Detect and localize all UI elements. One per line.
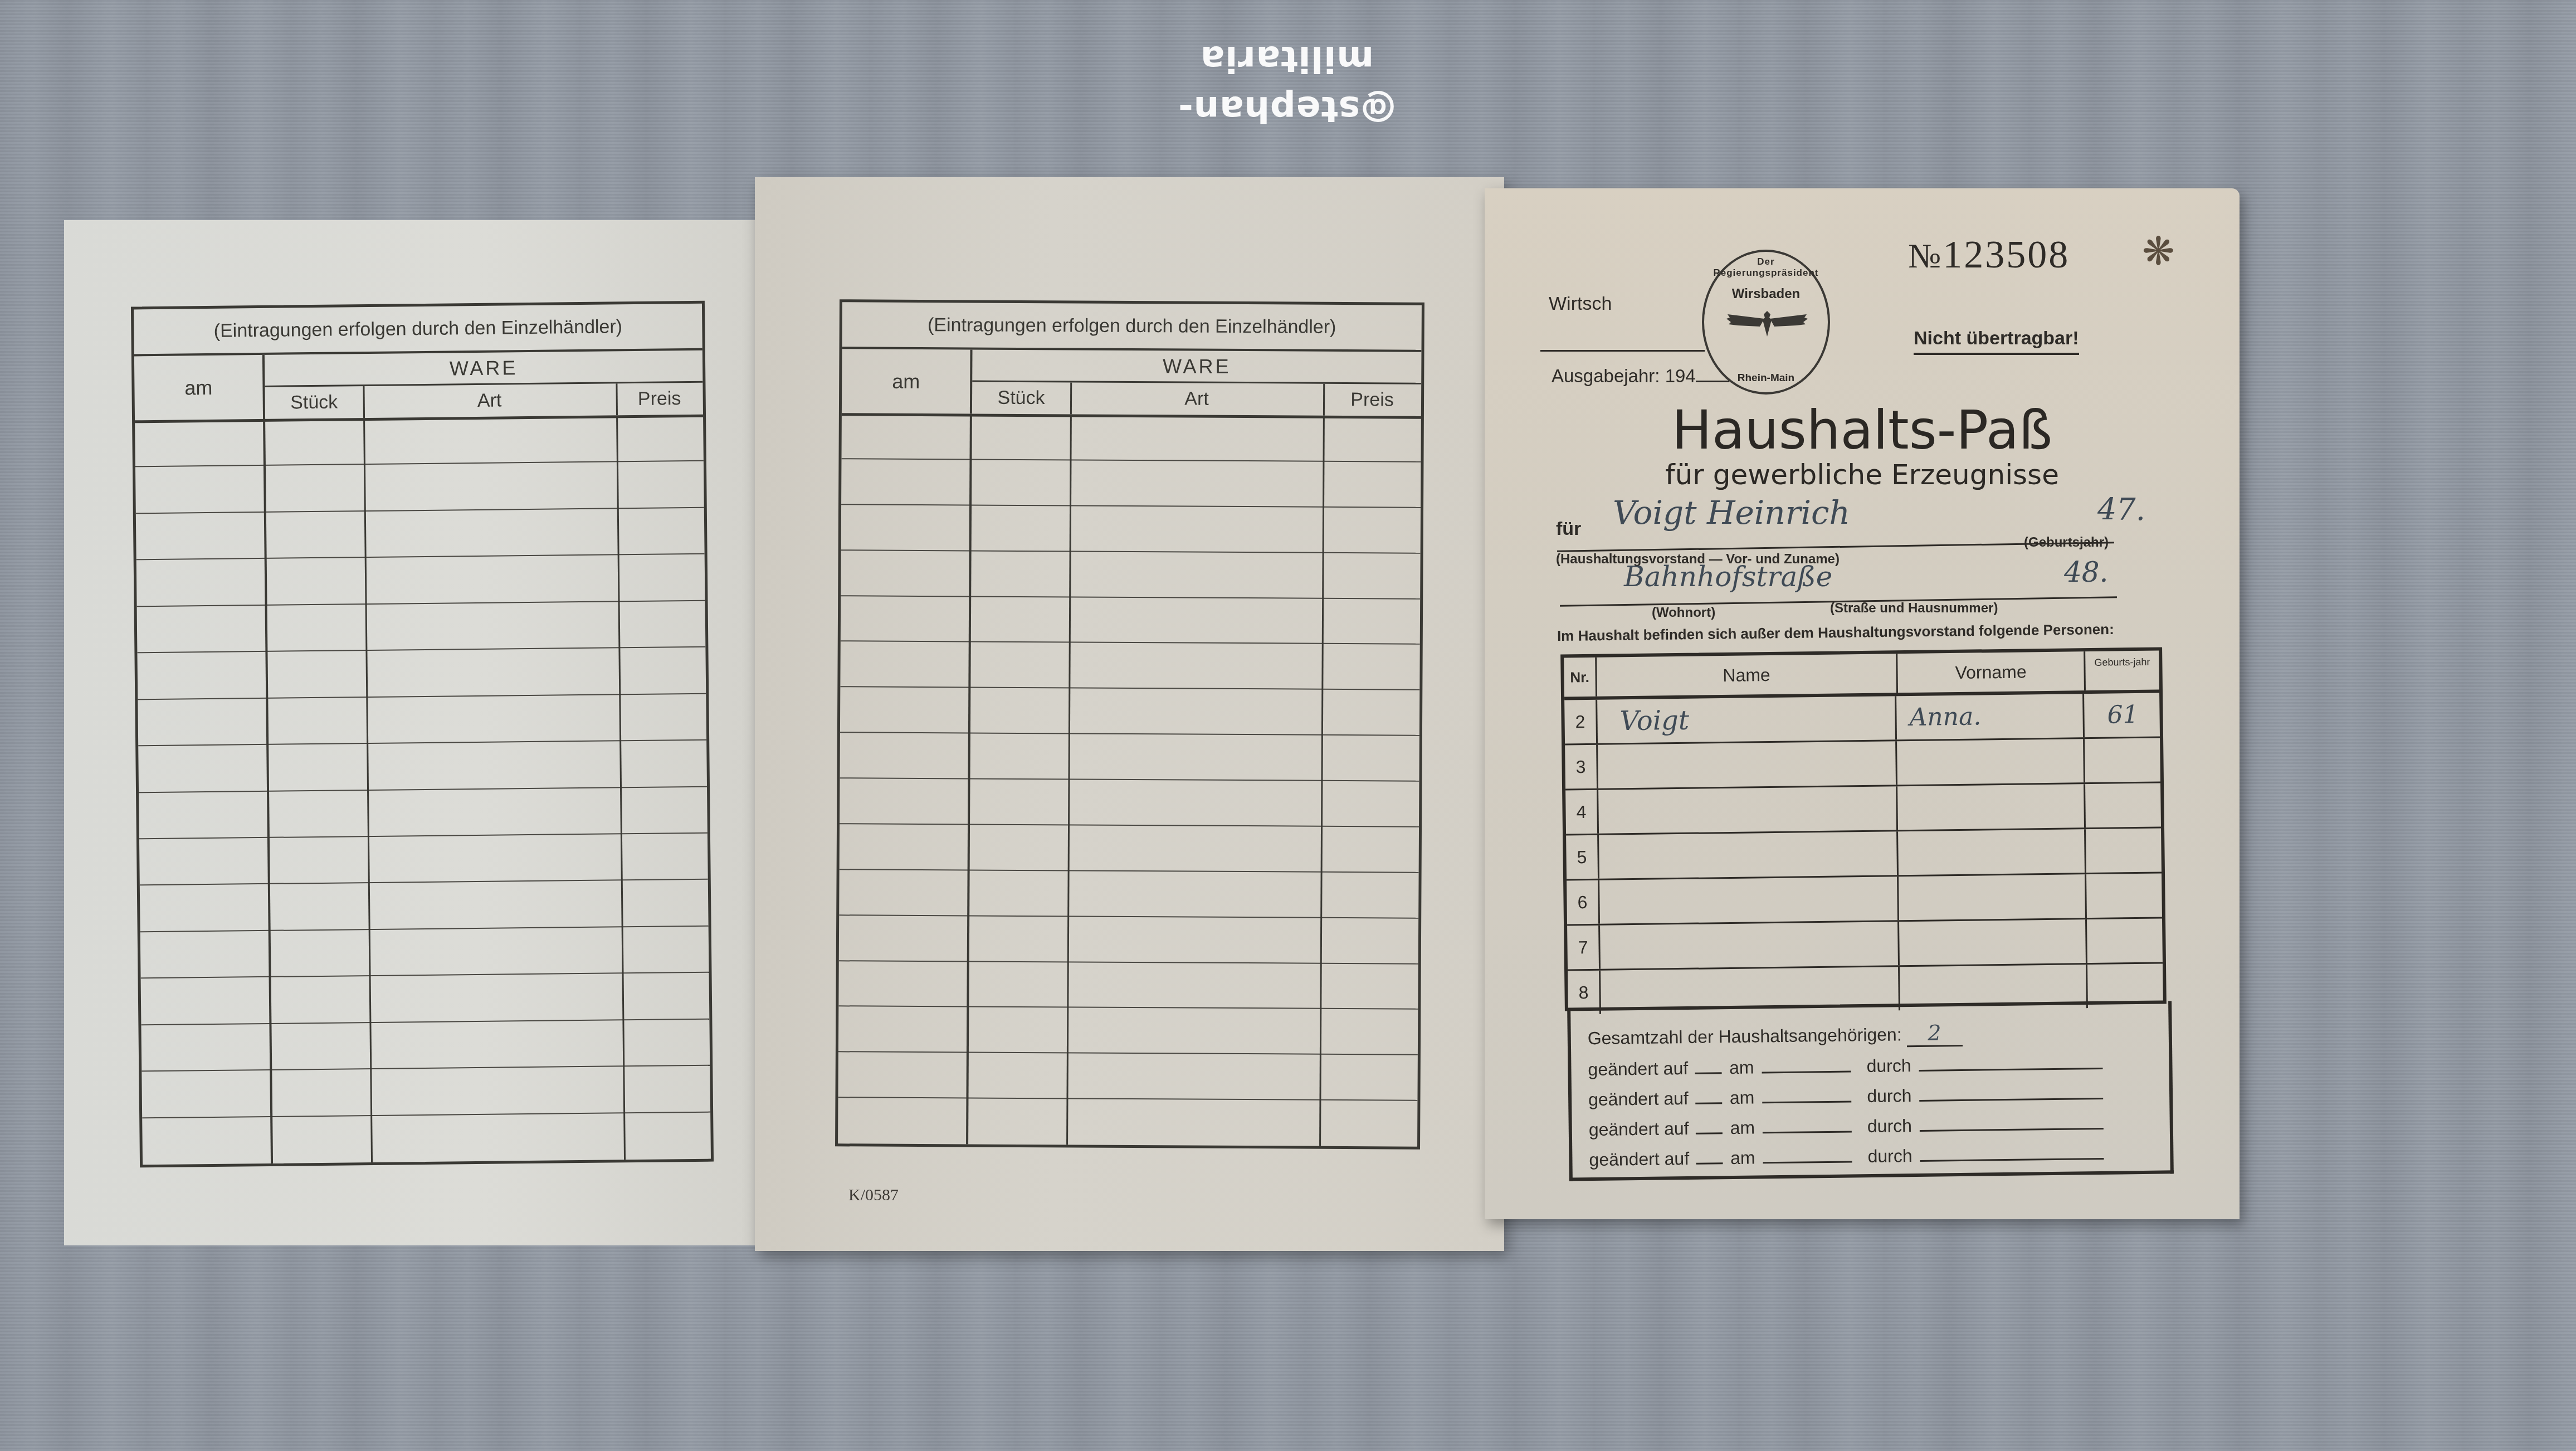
- ledger-caption: (Eintragungen erfolgen durch den Einzelh…: [134, 304, 702, 357]
- table-row: 2 Voigt Anna. 61: [1564, 693, 2160, 745]
- change-line: geändert aufamdurch: [1589, 1143, 2104, 1170]
- table-row: [140, 926, 709, 978]
- document-subtitle: für gewerbliche Erzeugnisse: [1485, 459, 2240, 491]
- member-name: [1599, 877, 1899, 924]
- changed-to-label: geändert auf: [1589, 1148, 1689, 1170]
- changed-to-label: geändert auf: [1589, 1118, 1689, 1140]
- table-row: [838, 961, 1418, 1010]
- member-first-name: Anna.: [1898, 694, 2085, 739]
- table-row: 4: [1565, 783, 2161, 835]
- table-row: [141, 973, 710, 1025]
- on-label: am: [1730, 1088, 1755, 1108]
- table-row: [142, 1112, 711, 1165]
- residence-caption: (Wohnort): [1652, 605, 1715, 621]
- table-row: [135, 461, 704, 514]
- row-number: 2: [1564, 700, 1598, 744]
- table-row: [139, 787, 708, 839]
- table-row: [841, 596, 1420, 645]
- table-row: [136, 554, 705, 607]
- table-row: [841, 551, 1420, 599]
- ledger-rows: [135, 415, 711, 1165]
- table-row: [136, 508, 705, 561]
- member-birth-year: [2086, 738, 2160, 782]
- by-label: durch: [1867, 1146, 1912, 1166]
- issue-year: Ausgabejahr: 194: [1552, 366, 1729, 387]
- stamp-city: Wirsbaden: [1704, 286, 1828, 302]
- table-row: [141, 1019, 710, 1072]
- table-row: [142, 1066, 710, 1118]
- ornament-icon: ❋: [2142, 228, 2175, 274]
- col-header-art: Art: [363, 383, 618, 418]
- booklet-cover: №123508 ❋ Wirtsch Ausgabejahr: 194 Der R…: [1485, 188, 2240, 1219]
- serial-number: №123508: [1908, 233, 2070, 277]
- household-members-table: Nr. Name Vorname Geburts-jahr 2 Voigt An…: [1560, 647, 2167, 1011]
- col-header-art: Art: [1070, 382, 1325, 415]
- stamp-ring-top: Der Regierungspräsident: [1704, 256, 1828, 279]
- col-header-preis: Preis: [1323, 384, 1421, 416]
- head-name-handwritten: Voigt Heinrich: [1613, 494, 1850, 532]
- numero-sign: №: [1908, 237, 1943, 275]
- serial-value: 123508: [1943, 233, 2070, 276]
- table-row: [841, 413, 1421, 462]
- members-header: Nr. Name Vorname Geburts-jahr: [1564, 650, 2159, 700]
- table-row: 7: [1567, 918, 2163, 971]
- col-header-vorname: Vorname: [1897, 651, 2086, 693]
- change-line: geändert aufamdurch: [1588, 1083, 2104, 1110]
- table-row: [840, 733, 1419, 781]
- col-header-am: am: [842, 349, 973, 413]
- row-number: 3: [1565, 745, 1598, 789]
- table-row: 5: [1566, 828, 2162, 880]
- row-number: 5: [1566, 835, 1599, 879]
- table-row: [138, 741, 707, 793]
- issue-year-label: Ausgabejahr: 194: [1552, 366, 1696, 386]
- table-row: [139, 834, 708, 886]
- member-first-name: [1900, 829, 2086, 875]
- household-summary-box: Gesamtzahl der Haushaltsangehörigen: 2 g…: [1567, 1001, 2174, 1181]
- member-birth-year: [2088, 873, 2162, 918]
- birth-year-caption: (Geburtsjahr): [2024, 535, 2109, 551]
- residence-handwritten: Bahnhofstraße: [1624, 561, 1832, 593]
- row-number: 7: [1567, 926, 1601, 970]
- official-stamp: Der Regierungspräsident Wirsbaden Rhein-…: [1702, 250, 1830, 395]
- purchase-ledger-middle: (Eintragungen erfolgen durch den Einzelh…: [835, 299, 1424, 1149]
- member-birth-year: [2089, 918, 2163, 963]
- member-first-name: [1899, 784, 2086, 830]
- table-row: [140, 880, 709, 932]
- member-first-name: [1901, 919, 2087, 965]
- ledger-caption: (Eintragungen erfolgen durch den Einzelh…: [842, 302, 1422, 352]
- table-row: [839, 916, 1418, 964]
- total-label: Gesamtzahl der Haushaltsangehörigen:: [1588, 1024, 1902, 1048]
- row-number: 4: [1565, 790, 1599, 834]
- purchase-ledger-left: (Eintragungen erfolgen durch den Einzelh…: [131, 301, 714, 1168]
- table-row: [137, 601, 706, 653]
- wirtsch-label: Wirtsch: [1549, 293, 1612, 315]
- table-row: [137, 647, 706, 700]
- watermark: @stephan-militaria: [1092, 84, 1482, 134]
- member-birth-year: [2087, 828, 2162, 873]
- col-header-nr: Nr.: [1564, 658, 1597, 697]
- by-label: durch: [1866, 1055, 1911, 1076]
- change-line: geändert aufamdurch: [1588, 1053, 2103, 1080]
- by-label: durch: [1867, 1085, 1911, 1106]
- col-header-name: Name: [1597, 654, 1898, 697]
- row-number: 6: [1567, 880, 1600, 924]
- col-header-stueck: Stück: [972, 382, 1072, 415]
- member-first-name: [1900, 874, 2087, 920]
- booklet-page-middle: (Eintragungen erfolgen durch den Einzelh…: [755, 177, 1504, 1251]
- head-birth-year-handwritten: 47.: [2097, 492, 2145, 527]
- changed-to-label: geändert auf: [1588, 1058, 1688, 1079]
- document-title: Haushalts-Paß: [1485, 399, 2240, 461]
- total-members: Gesamtzahl der Haushaltsangehörigen: 2: [1588, 1020, 1963, 1051]
- member-name: [1598, 786, 1898, 834]
- table-row: [839, 870, 1418, 918]
- by-label: durch: [1867, 1116, 1912, 1136]
- non-transferable-notice: Nicht übertragbar!: [1914, 328, 2079, 355]
- member-name: Voigt: [1597, 696, 1897, 743]
- on-label: am: [1730, 1148, 1755, 1168]
- street-caption: (Straße und Hausnummer): [1830, 601, 1998, 616]
- ledger-rows: [838, 413, 1421, 1146]
- table-row: [840, 824, 1419, 873]
- table-row: [840, 642, 1419, 690]
- print-code: K/0587: [848, 1186, 899, 1205]
- eagle-emblem-icon: [1725, 306, 1809, 340]
- on-label: am: [1730, 1118, 1755, 1138]
- ledger-header: am WARE Stück Art Preis: [134, 350, 703, 423]
- table-row: [138, 694, 706, 746]
- change-line: geändert aufamdurch: [1589, 1113, 2104, 1140]
- changed-to-label: geändert auf: [1588, 1088, 1689, 1109]
- table-row: [838, 1007, 1418, 1055]
- member-name: [1599, 831, 1899, 879]
- ledger-header: am WARE Stück Art Preis: [842, 349, 1422, 418]
- table-row: [838, 1053, 1417, 1101]
- total-value-handwritten: 2: [1906, 1020, 1963, 1047]
- col-header-am: am: [134, 355, 265, 420]
- member-name: [1600, 922, 1900, 969]
- member-name: [1598, 741, 1897, 788]
- table-row: [840, 688, 1419, 736]
- booklet-page-left: (Eintragungen erfolgen durch den Einzelh…: [64, 220, 755, 1245]
- col-header-stueck: Stück: [265, 386, 365, 419]
- wirtsch-line: [1540, 350, 1705, 352]
- table-row: [841, 505, 1421, 553]
- table-row: [841, 459, 1421, 508]
- stamp-ring-bottom: Rhein-Main: [1704, 372, 1828, 384]
- col-header-preis: Preis: [616, 383, 703, 416]
- table-row: [840, 778, 1419, 827]
- member-first-name: [1899, 739, 2085, 785]
- on-label: am: [1729, 1058, 1754, 1078]
- member-birth-year: 61: [2086, 693, 2160, 737]
- house-number-handwritten: 48.: [2064, 556, 2109, 588]
- col-header-geburtsjahr: Geburts-jahr: [2085, 650, 2159, 694]
- table-row: [135, 415, 704, 468]
- table-row: [838, 1098, 1417, 1146]
- household-intro: Im Haushalt befinden sich außer dem Haus…: [1557, 621, 2114, 645]
- table-row: 6: [1567, 873, 2162, 926]
- col-header-ware: WARE: [265, 350, 703, 387]
- member-birth-year: [2087, 783, 2161, 827]
- table-row: 3: [1565, 738, 2160, 790]
- fuer-label: für: [1556, 518, 1581, 540]
- col-header-ware: WARE: [972, 350, 1421, 384]
